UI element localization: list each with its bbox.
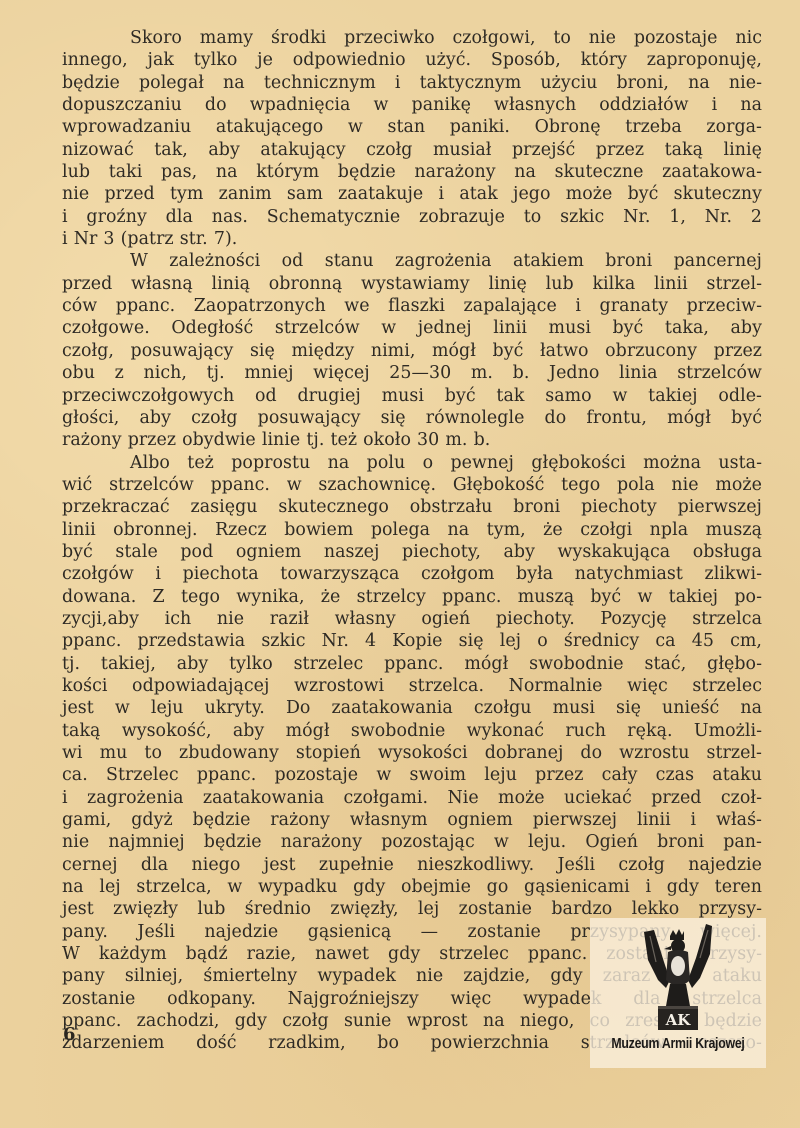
eagle-emblem-icon: AK [640,922,716,1032]
text-line: obu z nich, tj. mniej więcej 25—30 m. b.… [62,362,762,384]
text-line: taką wysokość, aby mógł swobodnie wykona… [62,720,762,742]
text-line: i groźny dla nas. Schematycznie zobrazuj… [62,206,762,228]
text-line: kości odpowiadającej wzrostowi strzelca.… [62,675,762,697]
text-line: wić strzelców ppanc. w szachownicę. Głęb… [62,474,762,496]
text-line: nie najmniej będzie narażony pozostając … [62,831,762,853]
text-line: dopuszczaniu do wpadnięcia w panikę włas… [62,94,762,116]
text-line: innego, jak tylko je odpowiednio użyć. S… [62,49,762,71]
text-line: na lej strzelca, w wypadku gdy obejmie g… [62,876,762,898]
text-line: czołg, posuwający się między nimi, mógł … [62,340,762,362]
text-line: linii obronnej. Rzecz bowiem polega na t… [62,519,762,541]
text-line: będzie polegał na technicznym i taktyczn… [62,72,762,94]
text-line: Albo też poprostu na polu o pewnej głębo… [62,452,762,474]
text-line: być stale pod ogniem naszej piechoty, ab… [62,541,762,563]
text-line: gami, gdyż będzie rażony własnym ogniem … [62,809,762,831]
text-line: dowana. Z tego wynika, że strzelcy ppanc… [62,586,762,608]
text-line: rażony przez obydwie linie tj. też około… [62,429,762,451]
text-line: tj. takiej, aby tylko strzelec ppanc. mó… [62,653,762,675]
text-line: wi mu to zbudowany stopień wysokości dob… [62,742,762,764]
text-line: ppanc. przedstawia szkic Nr. 4 Kopie się… [62,630,762,652]
body-text: Skoro mamy środki przeciwko czołgowi, to… [62,27,762,1055]
text-line: cernej dla niego jest zupełnie nieszkodl… [62,854,762,876]
text-line: czołgowe. Odegłość strzelców w jednej li… [62,317,762,339]
museum-caption: Muzeum Armii Krajowej [603,1036,753,1052]
text-line: lub taki pas, na którym będzie narażony … [62,161,762,183]
text-line: przed własną linią obronną wystawiamy li… [62,273,762,295]
museum-watermark: AK Muzeum Armii Krajowej [590,918,766,1068]
text-line: przekraczać zasięgu skutecznego obstrzał… [62,496,762,518]
text-line: Skoro mamy środki przeciwko czołgowi, to… [62,27,762,49]
document-page: Skoro mamy środki przeciwko czołgowi, to… [0,0,800,1128]
text-line: jest w leju ukryty. Do zaatakowania czoł… [62,697,762,719]
ak-emblem-text: AK [665,1011,692,1029]
text-line: ca. Strzelec ppanc. pozostaje w swoim le… [62,764,762,786]
text-line: ców ppanc. Zaopatrzonych we flaszki zapa… [62,295,762,317]
text-line: przeciwczołgowych od drugiej musi być ta… [62,385,762,407]
text-line: nie przed tym zanim sam zaatakuje i atak… [62,183,762,205]
text-line: zycji,aby ich nie raził własny ogień pie… [62,608,762,630]
text-line: wprowadzaniu atakującego w stan paniki. … [62,116,762,138]
text-line: W zależności od stanu zagrożenia atakiem… [62,250,762,272]
page-number: 6 [63,1024,76,1045]
text-line: głości, aby czołg posuwający się równole… [62,407,762,429]
text-line: czołgów i piechota towarzysząca czołgom … [62,563,762,585]
text-line: i zagrożenia zaatakowania czołgami. Nie … [62,787,762,809]
text-line: i Nr 3 (patrz str. 7). [62,228,762,250]
text-line: nizować tak, aby atakujący czołg musiał … [62,139,762,161]
